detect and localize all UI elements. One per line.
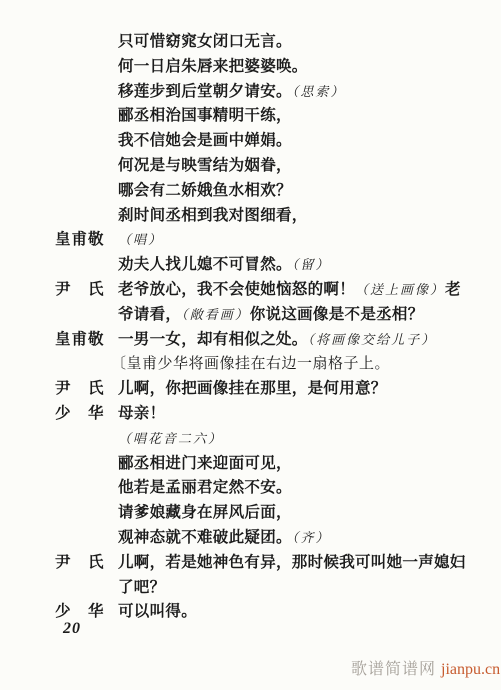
line-text: 一男一女，却有相似之处。（将画像交给儿子） (118, 328, 436, 353)
line-text: 母亲！ (118, 402, 165, 427)
script-line: 他若是孟丽君定然不安。 (55, 476, 475, 501)
line-text: 爷请看，（敞看画）你说这画像是不是丞相？ (118, 303, 424, 328)
line-segment: 了吧？ (118, 579, 165, 596)
line-segment: 一男一女，却有相似之处。 (118, 331, 308, 348)
line-segment: 刹时间丞相到我对图细看， (118, 207, 308, 224)
script-line: 皇甫敬（唱） (55, 228, 475, 253)
speaker-name: 少 华 (55, 402, 118, 427)
script-line: 只可惜窈窕女闭口无言。 (55, 30, 475, 55)
script-line: 何况是与映雪结为姻眷， (55, 154, 475, 179)
speaker-name: 尹 氏 (55, 377, 118, 402)
line-text: 我不信她会是画中婵娟。 (118, 129, 292, 154)
line-text: 何况是与映雪结为姻眷， (118, 154, 292, 179)
line-text: 儿啊，你把画像挂在那里，是何用意？ (118, 377, 387, 402)
line-segment: 哪会有二娇娥鱼水相欢？ (118, 182, 292, 199)
script-line: 尹 氏儿啊，若是她神色有异，那时候我可叫她一声媳妇 (55, 551, 475, 576)
line-text: 观神态就不难破此疑团。（齐） (118, 526, 330, 551)
line-text: 儿啊，若是她神色有异，那时候我可叫她一声媳妇 (118, 551, 466, 576)
line-segment: 母亲！ (118, 405, 165, 422)
line-text: 郦丞相进门来迎面可见， (118, 452, 292, 477)
line-segment: 观神态就不难破此疑团。 (118, 529, 292, 546)
line-segment: 可以叫得。 (118, 603, 197, 620)
line-segment: 你说这画像是不是丞相？ (250, 306, 424, 323)
line-text: 只可惜窈窕女闭口无言。 (118, 30, 292, 55)
line-text: 郦丞相治国事精明干练， (118, 104, 292, 129)
line-segment: 郦丞相进门来迎面可见， (118, 455, 292, 472)
speaker-name: 尹 氏 (55, 278, 118, 303)
stage-direction: （留） (292, 257, 331, 272)
speaker-name: 皇甫敬 (55, 228, 118, 253)
line-text: 哪会有二娇娥鱼水相欢？ (118, 179, 292, 204)
script-line: 哪会有二娇娥鱼水相欢？ (55, 179, 475, 204)
line-segment: 郦丞相治国事精明干练， (118, 107, 292, 124)
script-line: 爷请看，（敞看画）你说这画像是不是丞相？ (55, 303, 475, 328)
speaker-name: 皇甫敬 (55, 328, 118, 353)
stage-direction: （送上画像） (355, 282, 445, 297)
script-line: 我不信她会是画中婵娟。 (55, 129, 475, 154)
script-line: （唱花音二六） (55, 427, 475, 452)
line-text: （唱花音二六） (118, 427, 223, 452)
line-segment: 移莲步到后堂朝夕请安。 (118, 83, 292, 100)
script-line: 〔皇甫少华将画像挂在右边一扇格子上。 (55, 352, 475, 377)
line-text: 〔皇甫少华将画像挂在右边一扇格子上。 (111, 352, 390, 377)
line-segment: 老 (445, 281, 461, 298)
script-line: 移莲步到后堂朝夕请安。（思索） (55, 80, 475, 105)
line-text: 劝夫人找儿媳不可冒然。（留） (118, 253, 330, 278)
script-line: 刹时间丞相到我对图细看， (55, 204, 475, 229)
stage-direction: （将画像交给儿子） (308, 332, 437, 347)
line-text: 他若是孟丽君定然不安。 (118, 476, 292, 501)
script-line: 劝夫人找儿媳不可冒然。（留） (55, 253, 475, 278)
line-text: 何一日启朱唇来把婆婆唤。 (118, 55, 308, 80)
line-segment: 儿啊，若是她神色有异，那时候我可叫她一声媳妇 (118, 554, 466, 571)
line-segment: 老爷放心，我不会使她恼怒的啊！ (118, 281, 355, 298)
watermark: 歌谱简谱网jianpu.cn (351, 656, 500, 679)
script-line: 何一日启朱唇来把婆婆唤。 (55, 55, 475, 80)
line-segment: 请爹娘藏身在屏风后面， (118, 504, 292, 521)
stage-direction: （唱） (118, 232, 163, 247)
script-line: 郦丞相治国事精明干练， (55, 104, 475, 129)
line-segment: 儿啊，你把画像挂在那里，是何用意？ (118, 380, 387, 397)
line-text: 老爷放心，我不会使她恼怒的啊！（送上画像）老 (118, 278, 461, 303)
line-text: 了吧？ (118, 576, 165, 601)
line-segment: 劝夫人找儿媳不可冒然。 (118, 256, 292, 273)
line-segment: 〔皇甫少华将画像挂在右边一扇格子上。 (111, 356, 390, 372)
line-text: 请爹娘藏身在屏风后面， (118, 501, 292, 526)
watermark-site-name: 歌谱简谱网 (351, 661, 436, 678)
line-segment: 何一日启朱唇来把婆婆唤。 (118, 58, 308, 75)
speaker-name: 尹 氏 (55, 551, 118, 576)
script-line: 皇甫敬一男一女，却有相似之处。（将画像交给儿子） (55, 328, 475, 353)
line-segment: 他若是孟丽君定然不安。 (118, 479, 292, 496)
script-line: 尹 氏儿啊，你把画像挂在那里，是何用意？ (55, 377, 475, 402)
stage-direction: （唱花音二六） (118, 431, 223, 446)
line-segment: 只可惜窈窕女闭口无言。 (118, 33, 292, 50)
page-number: 20 (63, 620, 81, 638)
script-line: 请爹娘藏身在屏风后面， (55, 501, 475, 526)
script-line: 观神态就不难破此疑团。（齐） (55, 526, 475, 551)
script-line: 尹 氏老爷放心，我不会使她恼怒的啊！（送上画像）老 (55, 278, 475, 303)
stage-direction: （思索） (292, 84, 346, 99)
watermark-site-url: jianpu.cn (441, 661, 500, 678)
line-segment: 爷请看， (118, 306, 181, 323)
script-line: 了吧？ (55, 576, 475, 601)
script-line: 少 华可以叫得。 (55, 600, 475, 625)
script-line: 少 华母亲！ (55, 402, 475, 427)
line-segment: 何况是与映雪结为姻眷， (118, 157, 292, 174)
stage-direction: （敞看画） (181, 307, 250, 322)
script-lines: 只可惜窈窕女闭口无言。何一日启朱唇来把婆婆唤。移莲步到后堂朝夕请安。（思索）郦丞… (55, 30, 475, 625)
line-segment: 我不信她会是画中婵娟。 (118, 132, 292, 149)
stage-direction: （齐） (292, 530, 331, 545)
script-page: 只可惜窈窕女闭口无言。何一日启朱唇来把婆婆唤。移莲步到后堂朝夕请安。（思索）郦丞… (0, 0, 501, 690)
script-line: 郦丞相进门来迎面可见， (55, 452, 475, 477)
line-text: 移莲步到后堂朝夕请安。（思索） (118, 80, 345, 105)
line-text: （唱） (118, 228, 163, 253)
line-text: 可以叫得。 (118, 600, 197, 625)
line-text: 刹时间丞相到我对图细看， (118, 204, 308, 229)
